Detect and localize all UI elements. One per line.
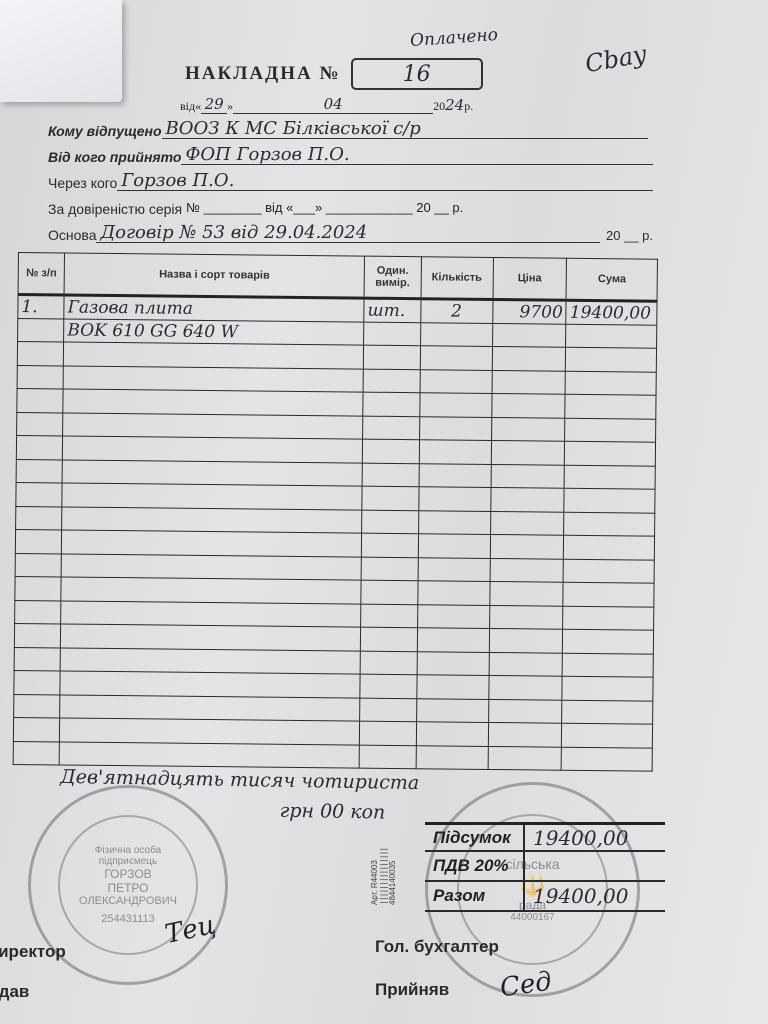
empty-cell: [492, 346, 566, 370]
field-recipient: Кому відпущено ВООЗ К МС Білківської с/р: [48, 120, 648, 139]
empty-cell: [360, 674, 417, 698]
empty-cell: [16, 506, 62, 530]
barcode: Арт. R44003 ||||||||||||||| 4844140035: [370, 848, 397, 905]
empty-cell: [362, 439, 419, 463]
document-date: від«29» 04 2024р.: [180, 95, 473, 114]
empty-cell: [416, 698, 488, 722]
empty-cell: [416, 722, 488, 746]
empty-cell: [420, 346, 492, 370]
empty-cell: [564, 465, 655, 489]
stamp-line: 254431113: [101, 913, 154, 925]
basis-extra: 20 __ р.: [606, 228, 653, 243]
year-suffix: 24: [445, 96, 464, 114]
empty-cell: [565, 371, 656, 395]
empty-cell: [362, 463, 419, 487]
empty-cell: [489, 581, 563, 605]
empty-cell: [14, 670, 60, 694]
empty-cell: [361, 580, 418, 604]
cell-qty: [420, 322, 492, 346]
cell-price: [492, 323, 566, 347]
empty-cell: [490, 487, 564, 511]
director-label: Директор: [0, 942, 66, 962]
recipient-label: Кому відпущено: [48, 123, 162, 139]
empty-cell: [363, 369, 420, 393]
empty-cell: [63, 389, 363, 416]
empty-cell: [14, 694, 60, 718]
empty-cell: [360, 698, 417, 722]
empty-cell: [15, 576, 61, 600]
empty-cell: [564, 488, 655, 512]
field-through: Через кого Горзов П.О.: [48, 172, 653, 191]
stamp-line: Фізична особа: [95, 845, 161, 856]
paid-note: Оплачено: [409, 25, 498, 51]
empty-cell: [61, 600, 361, 627]
empty-cell: [62, 506, 362, 533]
field-basis: Основа Договір № 53 від 29.04.2024 20 __…: [48, 224, 653, 243]
empty-cell: [360, 651, 417, 675]
field-proxy: За довіреністю серія № ________ від «___…: [48, 199, 653, 217]
empty-cell: [360, 627, 417, 651]
empty-cell: [566, 347, 657, 371]
empty-cell: [562, 723, 653, 747]
empty-cell: [361, 557, 418, 581]
empty-cell: [13, 741, 59, 765]
col-unit: Один. вимір.: [364, 256, 421, 299]
subtotal-value: 19400,00: [525, 826, 665, 850]
empty-cell: [416, 675, 488, 699]
total-label: Разом: [425, 882, 525, 910]
field-sender: Від кого прийнято ФОП Горзов П.О.: [48, 146, 653, 165]
empty-cell: [419, 463, 491, 487]
empty-cell: [562, 700, 653, 724]
empty-cell: [565, 394, 656, 418]
col-qty: Кількість: [421, 257, 493, 300]
empty-cell: [418, 487, 490, 511]
basis-value: Договір № 53 від 29.04.2024: [96, 224, 600, 243]
empty-cell: [16, 482, 62, 506]
empty-cell: [15, 529, 61, 553]
empty-cell: [359, 721, 416, 745]
empty-cell: [490, 511, 564, 535]
sender-label: Від кого прийнято: [48, 149, 181, 165]
empty-cell: [564, 535, 655, 559]
col-sum: Сума: [566, 258, 657, 301]
empty-cell: [60, 647, 360, 674]
empty-cell: [363, 416, 420, 440]
empty-cell: [492, 370, 566, 394]
stamp-line: підприємець: [99, 856, 158, 867]
received-label: Прийняв: [375, 980, 449, 1000]
paper-scrap: [0, 0, 122, 102]
empty-cell: [563, 653, 654, 677]
empty-cell: [61, 553, 361, 580]
empty-cell: [363, 345, 420, 369]
col-name: Назва і сорт товарів: [64, 253, 364, 298]
cell-qty: 2: [420, 299, 492, 323]
empty-cell: [565, 418, 656, 442]
empty-cell: [15, 553, 61, 577]
empty-cell: [14, 647, 60, 671]
empty-cell: [362, 510, 419, 534]
total-row: Разом 19400,00: [425, 882, 665, 912]
empty-cell: [488, 746, 562, 770]
empty-cell: [489, 652, 563, 676]
recipient-value: ВООЗ К МС Білківської с/р: [162, 120, 648, 139]
empty-cell: [17, 388, 63, 412]
stamp-line: ПЕТРО: [107, 881, 148, 895]
empty-cell: [562, 747, 653, 771]
goods-table: № з/п Назва і сорт товарів Один. вимір. …: [18, 252, 658, 765]
col-number: № з/п: [18, 253, 65, 295]
through-value: Горзов П.О.: [117, 172, 653, 191]
empty-cell: [490, 534, 564, 558]
document-header: НАКЛАДНА № 16: [185, 58, 483, 90]
empty-cell: [363, 392, 420, 416]
empty-cell: [563, 629, 654, 653]
empty-cell: [62, 530, 362, 557]
empty-cell: [16, 459, 62, 483]
year-prefix: 20: [433, 99, 445, 114]
proxy-label: За довіреністю серія: [48, 201, 182, 217]
empty-cell: [417, 651, 489, 675]
col-price: Ціна: [493, 257, 567, 300]
empty-cell: [64, 342, 364, 369]
empty-cell: [63, 365, 363, 392]
empty-cell: [17, 365, 63, 389]
empty-cell: [491, 464, 565, 488]
empty-cell: [488, 722, 562, 746]
cell-sum: [566, 324, 657, 348]
empty-cell: [362, 486, 419, 510]
cell-price: 9700: [492, 299, 566, 323]
date-suffix: р.: [464, 99, 473, 114]
empty-cell: [564, 559, 655, 583]
empty-cell: [418, 534, 490, 558]
vat-row: ПДВ 20%: [425, 852, 665, 882]
empty-cell: [489, 605, 563, 629]
empty-cell: [488, 675, 562, 699]
empty-cell: [491, 440, 565, 464]
empty-cell: [62, 483, 362, 510]
barcode-bars: |||||||||||||||: [379, 848, 388, 905]
basis-label: Основа: [48, 227, 96, 243]
empty-cell: [420, 369, 492, 393]
barcode-digits: 4844140035: [388, 848, 397, 905]
total-value: 19400,00: [525, 884, 665, 908]
vat-label: ПДВ 20%: [425, 852, 525, 880]
empty-cell: [60, 694, 360, 721]
empty-cell: [416, 745, 488, 769]
empty-cell: [491, 393, 565, 417]
paid-signature: Cbay: [583, 40, 649, 78]
table-header-row: № з/п Назва і сорт товарів Один. вимір. …: [18, 253, 657, 302]
empty-cell: [489, 628, 563, 652]
empty-cell: [491, 417, 565, 441]
stamp-code: 44000167: [510, 912, 555, 923]
empty-cell: [488, 699, 562, 723]
cell-unit: [364, 322, 421, 346]
empty-cell: [417, 628, 489, 652]
cell-number: [18, 318, 64, 342]
empty-cell: [563, 606, 654, 630]
gave-label: Здав: [0, 982, 29, 1002]
empty-cell: [563, 582, 654, 606]
empty-cell: [60, 671, 360, 698]
cell-name: BOK 610 GG 640 W: [64, 318, 364, 345]
empty-cell: [418, 557, 490, 581]
empty-cell: [62, 459, 362, 486]
empty-cell: [490, 558, 564, 582]
empty-cell: [565, 441, 656, 465]
empty-cell: [16, 435, 62, 459]
empty-cell: [419, 440, 491, 464]
barcode-label: Арт. R44003: [370, 848, 379, 905]
empty-cell: [17, 342, 63, 366]
empty-cell: [63, 412, 363, 439]
stamp-line: ОЛЕКСАНДРОВИЧ: [79, 895, 177, 907]
date-prefix: від: [180, 99, 195, 114]
date-month: 04: [233, 95, 433, 114]
empty-cell: [419, 416, 491, 440]
cell-name: Газова плита: [64, 295, 364, 322]
chief-accountant-label: Гол. бухгалтер: [375, 937, 499, 957]
empty-cell: [14, 623, 60, 647]
subtotal-row: Підсумок 19400,00: [425, 822, 665, 852]
invoice-number: 16: [351, 58, 483, 90]
empty-cell: [564, 512, 655, 536]
empty-cell: [359, 745, 416, 769]
empty-cell: [60, 718, 360, 745]
empty-cell: [419, 393, 491, 417]
empty-cell: [417, 581, 489, 605]
empty-cell: [13, 717, 59, 741]
subtotal-label: Підсумок: [425, 825, 525, 850]
stamp-line: ГОРЗОВ: [104, 867, 151, 881]
through-label: Через кого: [48, 175, 117, 191]
empty-cell: [61, 624, 361, 651]
proxy-extra: № ________ від «___» ____________ 20 __ …: [182, 199, 653, 217]
empty-cell: [361, 604, 418, 628]
empty-cell: [63, 436, 363, 463]
empty-cell: [361, 533, 418, 557]
totals-block: Підсумок 19400,00 ПДВ 20% Разом 19400,00: [425, 822, 665, 912]
empty-cell: [417, 604, 489, 628]
empty-cell: [15, 600, 61, 624]
cell-number: 1.: [18, 295, 64, 319]
cell-sum: 19400,00: [566, 300, 657, 324]
received-signature: Сед: [498, 967, 553, 1004]
empty-cell: [418, 510, 490, 534]
empty-cell: [562, 676, 653, 700]
cell-unit: шт.: [364, 298, 421, 322]
empty-cell: [61, 577, 361, 604]
sender-value: ФОП Горзов П.О.: [181, 146, 653, 165]
date-day: 29: [201, 95, 227, 114]
empty-cell: [17, 412, 63, 436]
document-title: НАКЛАДНА №: [185, 63, 341, 85]
